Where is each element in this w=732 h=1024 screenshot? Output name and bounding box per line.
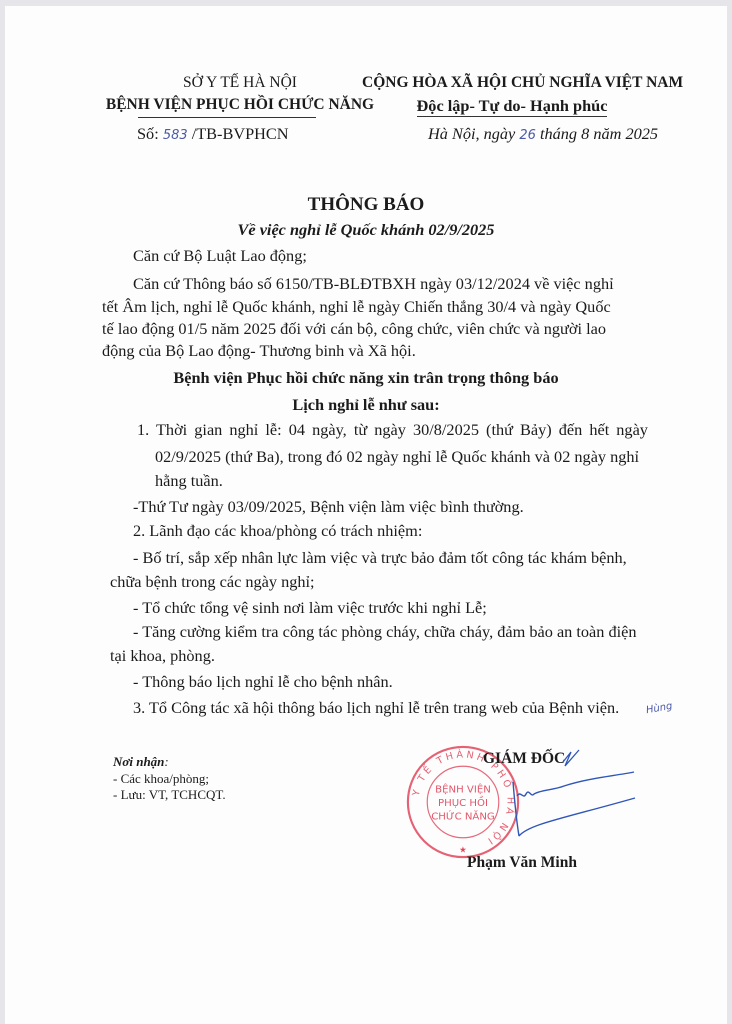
item-line: - Bố trí, sắp xếp nhân lực làm việc và t… [133,548,627,568]
basis-line: động của Bộ Lao động- Thương binh và Xã … [102,341,416,361]
basis-line: tế lao động 01/5 năm 2025 đối với cán bộ… [102,319,606,339]
signer-name: Phạm Văn Minh [467,854,577,872]
issue-date: Hà Nội, ngày 26 tháng 8 năm 2025 [428,124,658,144]
stamp-line: BỆNH VIỆN [435,782,491,795]
basis-line: Căn cứ Thông báo số 6150/TB-BLĐTBXH ngày… [133,274,614,294]
handwritten-signature [495,746,645,846]
document-title: THÔNG BÁO [5,194,727,216]
item-line: 3. Tổ Công tác xã hội thông báo lịch ngh… [133,698,619,718]
item-line: - Tăng cường kiểm tra công tác phòng chá… [133,622,637,642]
recipients-label-text: Nơi nhận [113,754,164,769]
number-handwritten: 583 [163,128,188,143]
item-line: 2. Lãnh đạo các khoa/phòng có trách nhiệ… [133,521,422,541]
svg-text:★: ★ [459,844,467,854]
item-line: hằng tuần. [155,471,223,491]
nation-name: CỘNG HÒA XÃ HỘI CHỦ NGHĨA VIỆT NAM [362,74,683,92]
basis-line: tết Âm lịch, nghỉ lễ Quốc khánh, nghỉ lễ… [102,297,611,317]
announce-heading: Bệnh viện Phục hồi chức năng xin trân tr… [5,368,727,388]
date-day-handwritten: 26 [519,128,536,143]
basis-line: Căn cứ Bộ Luật Lao động; [133,246,307,266]
national-motto: Độc lập- Tự do- Hạnh phúc [362,96,662,116]
document-subtitle: Về việc nghỉ lễ Quốc khánh 02/9/2025 [5,220,727,240]
recipient-item: - Các khoa/phòng; [113,771,209,787]
item-line: 1. Thời gian nghỉ lễ: 04 ngày, từ ngày 3… [137,420,648,440]
hospital-name: BỆNH VIỆN PHỤC HỒI CHỨC NĂNG [80,96,400,114]
hospital-underline [138,117,316,118]
motto-text: Độc lập- Tự do- Hạnh phúc [417,96,608,117]
hospital-name-text: BỆNH VIỆN PHỤC HỒI CHỨC NĂNG [106,96,374,113]
stamp-line: PHỤC HỒI [438,795,488,809]
recipient-item: - Lưu: VT, TCHCQT. [113,787,226,803]
item-line: -Thứ Tư ngày 03/09/2025, Bệnh viện làm v… [133,497,524,517]
item-line: - Thông báo lịch nghỉ lễ cho bệnh nhân. [133,672,393,692]
item-line: - Tổ chức tổng vệ sinh nơi làm việc trướ… [133,598,487,618]
date-prefix: Hà Nội, ngày [428,124,515,143]
date-suffix: tháng 8 năm 2025 [540,124,658,143]
schedule-heading: Lịch nghỉ lễ như sau: [5,395,727,415]
initials-handwritten: Hùng [645,701,673,716]
document-number: Số: 583 /TB-BVPHCN [137,124,289,144]
number-suffix: /TB-BVPHCN [192,124,289,143]
stamp-line: CHỨC NĂNG [431,809,495,822]
number-prefix: Số: [137,124,159,143]
recipients-label: Nơi nhận: [113,754,169,770]
item-line: 02/9/2025 (thứ Ba), trong đó 02 ngày ngh… [155,447,639,467]
item-line: tại khoa, phòng. [110,646,215,666]
item-line: chữa bệnh trong các ngày nghỉ; [110,572,315,592]
agency-name: SỞ Y TẾ HÀ NỘI [120,74,360,92]
document-page: SỞ Y TẾ HÀ NỘI BỆNH VIỆN PHỤC HỒI CHỨC N… [5,6,727,1024]
recipients-colon: : [164,754,168,769]
